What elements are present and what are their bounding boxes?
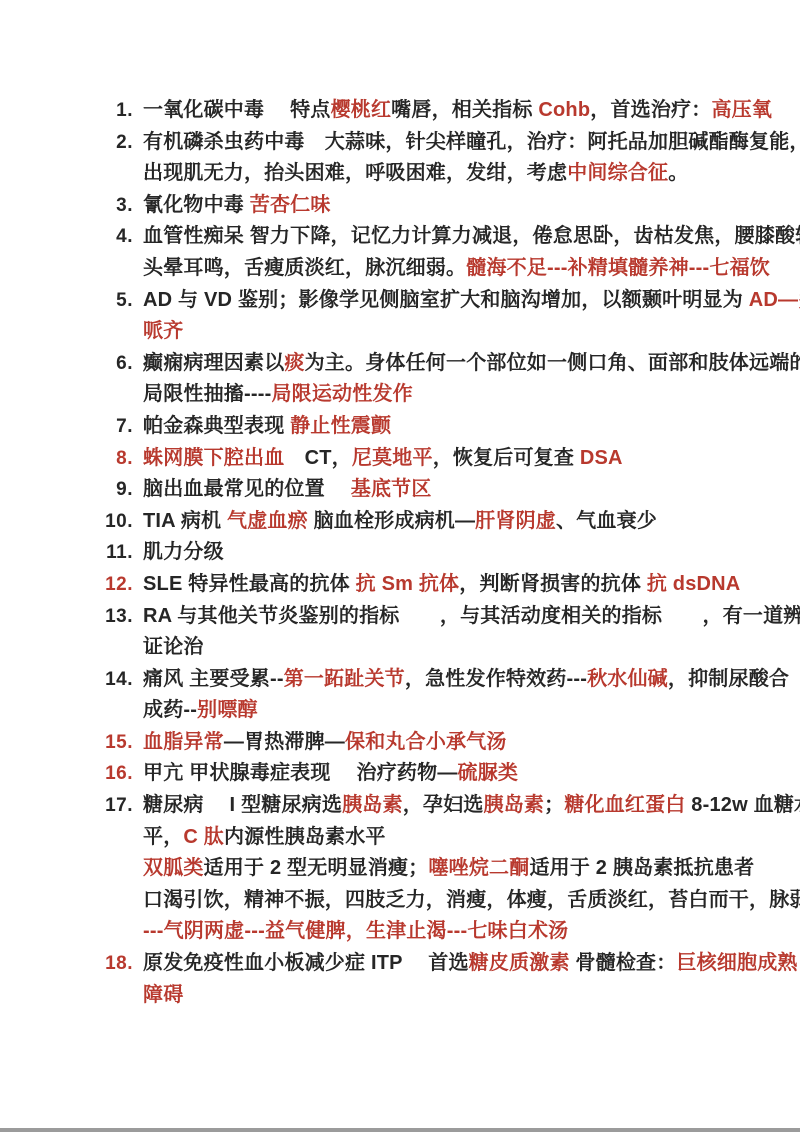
- note-item: 18.原发免疫性血小板减少症 ITP 首选糖皮质激素 骨髓检查：巨核细胞成熟障碍: [0, 948, 800, 1011]
- note-item: 1.一氧化碳中毒 特点樱桃红嘴唇，相关指标 Cohb，首选治疗：高压氧: [0, 95, 800, 127]
- text-segment: ，首选治疗：: [590, 99, 711, 121]
- bottom-edge-bar: [0, 1128, 800, 1132]
- item-line: 证论治: [143, 632, 800, 664]
- text-segment: 胰岛素: [484, 794, 545, 816]
- text-segment: 双胍类: [143, 857, 204, 879]
- document-page: 1.一氧化碳中毒 特点樱桃红嘴唇，相关指标 Cohb，首选治疗：高压氧2.有机磷…: [0, 0, 800, 1132]
- item-lines: 痛风 主要受累--第一跖趾关节，急性发作特效药---秋水仙碱，抑制尿酸合成药--…: [143, 664, 800, 727]
- item-line: 一氧化碳中毒 特点樱桃红嘴唇，相关指标 Cohb，首选治疗：高压氧: [143, 95, 800, 127]
- note-item: 8.蛛网膜下腔出血 CT，尼莫地平，恢复后可复查 DSA: [0, 443, 800, 475]
- text-segment: 甲亢 甲状腺毒症表现 治疗药物—: [143, 762, 458, 784]
- item-line: 帕金森典型表现 静止性震颤: [143, 411, 800, 443]
- note-item: 7.帕金森典型表现 静止性震颤: [0, 411, 800, 443]
- item-lines: 脑出血最常见的位置 基底节区: [143, 474, 800, 506]
- item-line: 出现肌无力，抬头困难，呼吸困难，发绀，考虑中间综合征。: [143, 158, 800, 190]
- item-line: 原发免疫性血小板减少症 ITP 首选糖皮质激素 骨髓检查：巨核细胞成熟: [143, 948, 800, 980]
- item-line: AD 与 VD 鉴别；影像学见侧脑室扩大和脑沟增加，以额颞叶明显为 AD—多奈: [143, 285, 800, 317]
- text-segment: 硫脲类: [458, 762, 519, 784]
- text-segment: ---气阴两虚---益气健脾，生津止渴---七味白术汤: [143, 920, 568, 942]
- item-line: RA 与其他关节炎鉴别的指标 ，与其活动度相关的指标 ，有一道辨: [143, 601, 800, 633]
- item-lines: SLE 特异性最高的抗体 抗 Sm 抗体，判断肾损害的抗体 抗 dsDNA: [143, 569, 800, 601]
- item-line: 成药--别嘌醇: [143, 695, 800, 727]
- item-lines: 血管性痴呆 智力下降，记忆力计算力减退，倦怠思卧，齿枯发焦，腰膝酸软，头晕耳鸣，…: [143, 221, 800, 284]
- text-segment: AD—多奈: [749, 289, 800, 311]
- item-lines: 甲亢 甲状腺毒症表现 治疗药物—硫脲类: [143, 758, 800, 790]
- text-segment: 中间综合征: [567, 162, 668, 184]
- text-segment: 一氧化碳中毒 特点: [143, 99, 331, 121]
- note-item: 5.AD 与 VD 鉴别；影像学见侧脑室扩大和脑沟增加，以额颞叶明显为 AD—多…: [0, 285, 800, 348]
- text-segment: 气虚血瘀: [227, 510, 308, 532]
- text-segment: 抗 Sm 抗体: [356, 573, 460, 595]
- item-lines: 肌力分级: [143, 537, 800, 569]
- text-segment: 尼莫地平: [352, 447, 433, 469]
- text-segment: 第一跖趾关节: [284, 668, 405, 690]
- item-number: 16.: [0, 758, 133, 790]
- item-number: 17.: [0, 790, 133, 822]
- item-lines: AD 与 VD 鉴别；影像学见侧脑室扩大和脑沟增加，以额颞叶明显为 AD—多奈哌…: [143, 285, 800, 348]
- text-segment: ，恢复后可复查: [433, 447, 580, 469]
- note-item: 13.RA 与其他关节炎鉴别的指标 ，与其活动度相关的指标 ，有一道辨证论治: [0, 601, 800, 664]
- text-segment: 口渴引饮，精神不振，四肢乏力，消瘦，体瘦，舌质淡红，苔白而干，脉弱。: [143, 889, 800, 911]
- text-segment: 高压氧: [711, 99, 772, 121]
- text-segment: 内源性胰岛素水平: [224, 826, 386, 848]
- item-number: 4.: [0, 221, 133, 253]
- item-line: 哌齐: [143, 316, 800, 348]
- item-line: 平，C 肽内源性胰岛素水平: [143, 822, 800, 854]
- text-segment: 。: [668, 162, 688, 184]
- item-line: 局限性抽搐----局限运动性发作: [143, 379, 800, 411]
- item-lines: 帕金森典型表现 静止性震颤: [143, 411, 800, 443]
- item-number: 15.: [0, 727, 133, 759]
- note-item: 3.氰化物中毒 苦杏仁味: [0, 190, 800, 222]
- text-segment: 血管性痴呆 智力下降，记忆力计算力减退，倦怠思卧，齿枯发焦，腰膝酸软，: [143, 225, 800, 247]
- text-segment: 证论治: [143, 636, 204, 658]
- note-item: 11.肌力分级: [0, 537, 800, 569]
- note-item: 4.血管性痴呆 智力下降，记忆力计算力减退，倦怠思卧，齿枯发焦，腰膝酸软，头晕耳…: [0, 221, 800, 284]
- item-number: 9.: [0, 474, 133, 506]
- item-line: TIA 病机 气虚血瘀 脑血栓形成病机—肝肾阴虚、气血衰少: [143, 506, 800, 538]
- item-lines: 糖尿病 I 型糖尿病选胰岛素，孕妇选胰岛素；糖化血红蛋白 8-12w 血糖水平，…: [143, 790, 800, 948]
- item-line: 障碍: [143, 980, 800, 1012]
- item-line: 痛风 主要受累--第一跖趾关节，急性发作特效药---秋水仙碱，抑制尿酸合: [143, 664, 800, 696]
- text-segment: 噻唑烷二酮: [428, 857, 529, 879]
- text-segment: 为主。身体任何一个部位如一侧口角、面部和肢体远端的: [305, 352, 800, 374]
- item-lines: TIA 病机 气虚血瘀 脑血栓形成病机—肝肾阴虚、气血衰少: [143, 506, 800, 538]
- text-segment: 脑血栓形成病机—: [308, 510, 475, 532]
- text-segment: SLE 特异性最高的抗体: [143, 573, 356, 595]
- text-segment: 原发免疫性血小板减少症 ITP 首选: [143, 952, 469, 974]
- item-line: 双胍类适用于 2 型无明显消瘦；噻唑烷二酮适用于 2 胰岛素抵抗患者: [143, 853, 800, 885]
- note-item: 10.TIA 病机 气虚血瘀 脑血栓形成病机—肝肾阴虚、气血衰少: [0, 506, 800, 538]
- item-line: 血脂异常—胃热滞脾—保和丸合小承气汤: [143, 727, 800, 759]
- text-segment: 帕金森典型表现: [143, 415, 290, 437]
- text-segment: 有机磷杀虫药中毒 大蒜味，针尖样瞳孔，治疗：阿托品加胆碱酯酶复能，: [143, 131, 800, 153]
- text-segment: ；: [544, 794, 564, 816]
- text-segment: 嘴唇，相关指标: [391, 99, 538, 121]
- text-segment: 8-12w 血糖水: [686, 794, 800, 816]
- text-segment: 静止性震颤: [290, 415, 391, 437]
- note-item: 14.痛风 主要受累--第一跖趾关节，急性发作特效药---秋水仙碱，抑制尿酸合成…: [0, 664, 800, 727]
- text-segment: Cohb: [538, 99, 590, 121]
- note-item: 6.癫痫病理因素以痰为主。身体任何一个部位如一侧口角、面部和肢体远端的局限性抽搐…: [0, 348, 800, 411]
- item-number: 7.: [0, 411, 133, 443]
- text-segment: 血脂异常: [143, 731, 224, 753]
- item-line: 氰化物中毒 苦杏仁味: [143, 190, 800, 222]
- item-lines: 血脂异常—胃热滞脾—保和丸合小承气汤: [143, 727, 800, 759]
- item-number: 18.: [0, 948, 133, 980]
- text-segment: 氰化物中毒: [143, 194, 250, 216]
- text-segment: 抗 dsDNA: [647, 573, 741, 595]
- item-lines: RA 与其他关节炎鉴别的指标 ，与其活动度相关的指标 ，有一道辨证论治: [143, 601, 800, 664]
- item-lines: 氰化物中毒 苦杏仁味: [143, 190, 800, 222]
- text-segment: 基底节区: [351, 478, 432, 500]
- item-number: 6.: [0, 348, 133, 380]
- item-number: 13.: [0, 601, 133, 633]
- text-segment: —胃热滞脾—: [224, 731, 345, 753]
- item-lines: 蛛网膜下腔出血 CT，尼莫地平，恢复后可复查 DSA: [143, 443, 800, 475]
- text-segment: ，急性发作特效药---: [405, 668, 587, 690]
- text-segment: 、气血衰少: [556, 510, 657, 532]
- text-segment: 脑出血最常见的位置: [143, 478, 351, 500]
- text-segment: 局限运动性发作: [271, 383, 412, 405]
- item-number: 14.: [0, 664, 133, 696]
- item-line: 癫痫病理因素以痰为主。身体任何一个部位如一侧口角、面部和肢体远端的: [143, 348, 800, 380]
- notes-list: 1.一氧化碳中毒 特点樱桃红嘴唇，相关指标 Cohb，首选治疗：高压氧2.有机磷…: [0, 95, 800, 1011]
- text-segment: 痰: [284, 352, 304, 374]
- item-lines: 有机磷杀虫药中毒 大蒜味，针尖样瞳孔，治疗：阿托品加胆碱酯酶复能，出现肌无力，抬…: [143, 127, 800, 190]
- text-segment: 平，: [143, 826, 183, 848]
- text-segment: 骨髓检查：: [570, 952, 677, 974]
- item-number: 10.: [0, 506, 133, 538]
- text-segment: ，判断肾损害的抗体: [459, 573, 647, 595]
- note-item: 9.脑出血最常见的位置 基底节区: [0, 474, 800, 506]
- text-segment: 出现肌无力，抬头困难，呼吸困难，发绀，考虑: [143, 162, 567, 184]
- item-line: 甲亢 甲状腺毒症表现 治疗药物—硫脲类: [143, 758, 800, 790]
- text-segment: 秋水仙碱: [587, 668, 668, 690]
- item-line: 口渴引饮，精神不振，四肢乏力，消瘦，体瘦，舌质淡红，苔白而干，脉弱。: [143, 885, 800, 917]
- item-line: SLE 特异性最高的抗体 抗 Sm 抗体，判断肾损害的抗体 抗 dsDNA: [143, 569, 800, 601]
- text-segment: CT，: [284, 447, 351, 469]
- text-segment: 别嘌醇: [197, 699, 258, 721]
- text-segment: 保和丸合小承气汤: [345, 731, 507, 753]
- text-segment: 适用于 2 胰岛素抵抗患者: [529, 857, 754, 879]
- item-line: 血管性痴呆 智力下降，记忆力计算力减退，倦怠思卧，齿枯发焦，腰膝酸软，: [143, 221, 800, 253]
- text-segment: DSA: [580, 447, 623, 469]
- note-item: 17.糖尿病 I 型糖尿病选胰岛素，孕妇选胰岛素；糖化血红蛋白 8-12w 血糖…: [0, 790, 800, 948]
- item-number: 5.: [0, 285, 133, 317]
- text-segment: 障碍: [143, 984, 183, 1006]
- text-segment: 癫痫病理因素以: [143, 352, 284, 374]
- item-line: 脑出血最常见的位置 基底节区: [143, 474, 800, 506]
- text-segment: AD 与 VD 鉴别；影像学见侧脑室扩大和脑沟增加，以额颞叶明显为: [143, 289, 749, 311]
- note-item: 15.血脂异常—胃热滞脾—保和丸合小承气汤: [0, 727, 800, 759]
- text-segment: 痛风 主要受累--: [143, 668, 284, 690]
- item-number: 11.: [0, 537, 133, 569]
- text-segment: 髓海不足---补精填髓养神---七福饮: [466, 257, 770, 279]
- text-segment: 局限性抽搐----: [143, 383, 271, 405]
- text-segment: 肝肾阴虚: [475, 510, 556, 532]
- item-line: 蛛网膜下腔出血 CT，尼莫地平，恢复后可复查 DSA: [143, 443, 800, 475]
- text-segment: 糖化血红蛋白: [564, 794, 685, 816]
- text-segment: 适用于 2 型无明显消瘦；: [204, 857, 429, 879]
- item-number: 2.: [0, 127, 133, 159]
- text-segment: 蛛网膜下腔出血: [143, 447, 284, 469]
- item-line: 肌力分级: [143, 537, 800, 569]
- item-line: 头晕耳鸣，舌瘦质淡红，脉沉细弱。髓海不足---补精填髓养神---七福饮: [143, 253, 800, 285]
- item-number: 1.: [0, 95, 133, 127]
- text-segment: 巨核细胞成熟: [676, 952, 797, 974]
- item-line: 有机磷杀虫药中毒 大蒜味，针尖样瞳孔，治疗：阿托品加胆碱酯酶复能，: [143, 127, 800, 159]
- item-lines: 癫痫病理因素以痰为主。身体任何一个部位如一侧口角、面部和肢体远端的局限性抽搐--…: [143, 348, 800, 411]
- item-line: 糖尿病 I 型糖尿病选胰岛素，孕妇选胰岛素；糖化血红蛋白 8-12w 血糖水: [143, 790, 800, 822]
- note-item: 12.SLE 特异性最高的抗体 抗 Sm 抗体，判断肾损害的抗体 抗 dsDNA: [0, 569, 800, 601]
- item-number: 12.: [0, 569, 133, 601]
- text-segment: 胰岛素: [342, 794, 403, 816]
- note-item: 16.甲亢 甲状腺毒症表现 治疗药物—硫脲类: [0, 758, 800, 790]
- text-segment: TIA 病机: [143, 510, 227, 532]
- text-segment: 糖尿病 I 型糖尿病选: [143, 794, 342, 816]
- text-segment: RA 与其他关节炎鉴别的指标 ，与其活动度相关的指标 ，有一道辨: [143, 605, 800, 627]
- item-number: 3.: [0, 190, 133, 222]
- text-segment: 苦杏仁味: [250, 194, 331, 216]
- text-segment: 哌齐: [143, 320, 183, 342]
- text-segment: ，孕妇选: [403, 794, 484, 816]
- text-segment: 肌力分级: [143, 541, 224, 563]
- text-segment: 樱桃红: [331, 99, 392, 121]
- item-line: ---气阴两虚---益气健脾，生津止渴---七味白术汤: [143, 916, 800, 948]
- note-item: 2.有机磷杀虫药中毒 大蒜味，针尖样瞳孔，治疗：阿托品加胆碱酯酶复能，出现肌无力…: [0, 127, 800, 190]
- item-lines: 原发免疫性血小板减少症 ITP 首选糖皮质激素 骨髓检查：巨核细胞成熟障碍: [143, 948, 800, 1011]
- item-number: 8.: [0, 443, 133, 475]
- text-segment: C 肽: [183, 826, 224, 848]
- item-lines: 一氧化碳中毒 特点樱桃红嘴唇，相关指标 Cohb，首选治疗：高压氧: [143, 95, 800, 127]
- text-segment: 成药--: [143, 699, 197, 721]
- text-segment: 糖皮质激素: [469, 952, 570, 974]
- text-segment: ，抑制尿酸合: [668, 668, 789, 690]
- text-segment: 头晕耳鸣，舌瘦质淡红，脉沉细弱。: [143, 257, 466, 279]
